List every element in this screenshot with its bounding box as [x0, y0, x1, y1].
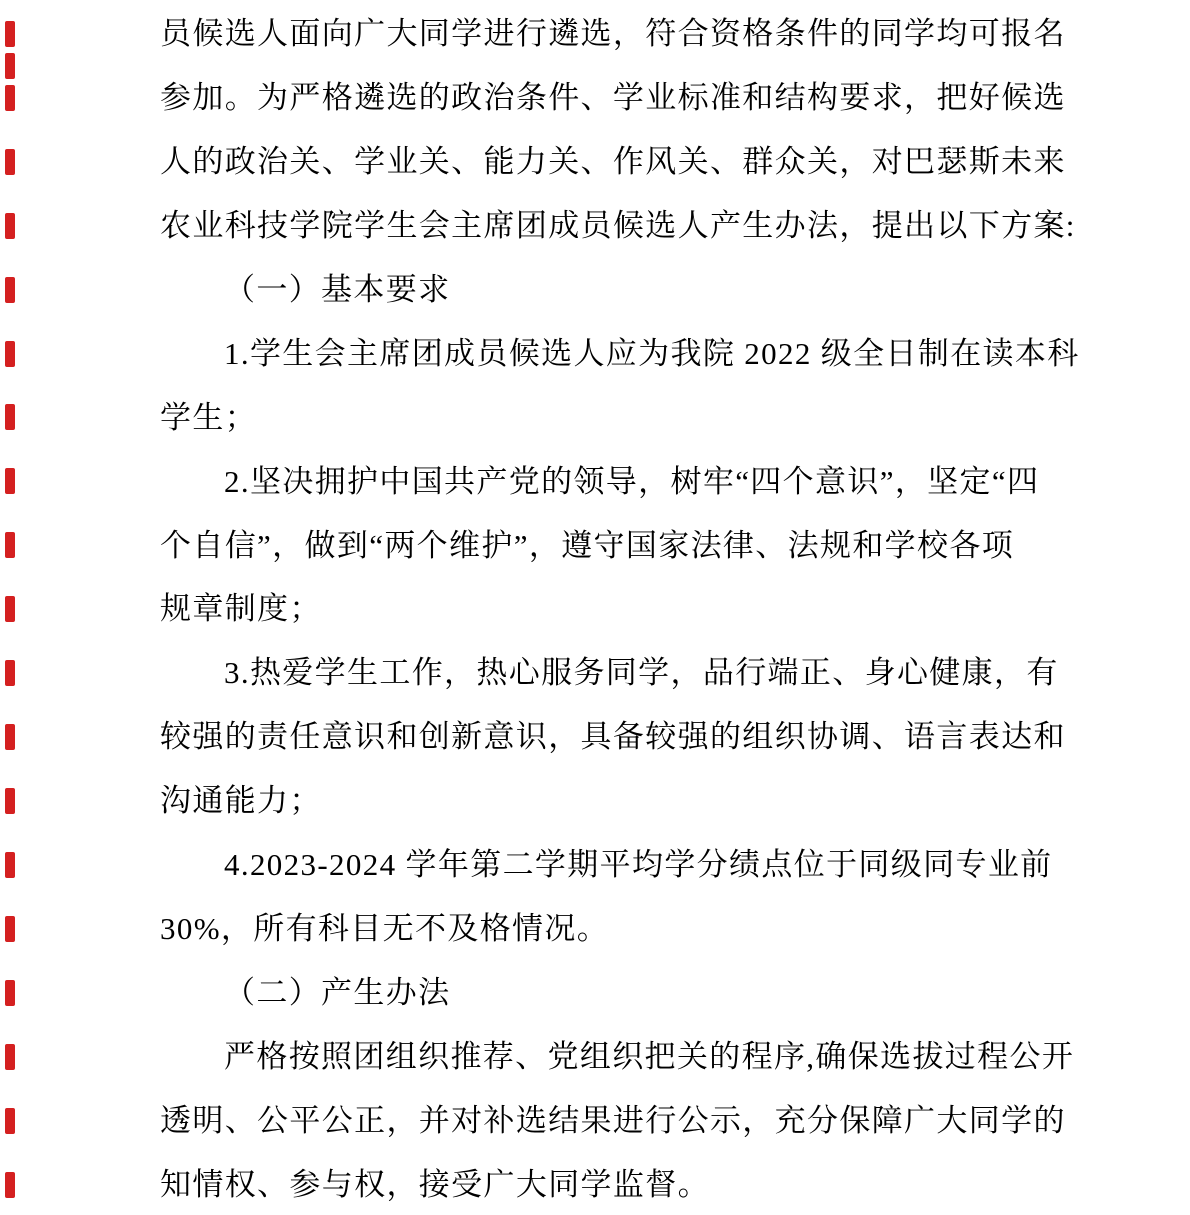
revision-mark: [5, 149, 15, 175]
text-line: 30%，所有科目无不及格情况。: [160, 897, 1090, 961]
text-line: 规章制度；: [160, 577, 1090, 641]
text-line: 学生；: [160, 386, 1090, 450]
revision-mark: [5, 596, 15, 622]
revision-mark: [5, 1172, 15, 1198]
revision-mark: [5, 852, 15, 878]
revision-mark: [5, 916, 15, 942]
revision-mark: [5, 277, 15, 303]
text-line: 农业科技学院学生会主席团成员候选人产生办法，提出以下方案:: [160, 194, 1090, 258]
text-line: 较强的责任意识和创新意识，具备较强的组织协调、语言表达和: [160, 705, 1090, 769]
revision-mark: [5, 660, 15, 686]
revision-mark: [5, 468, 15, 494]
revision-mark: [5, 724, 15, 750]
text-line: 沟通能力；: [160, 769, 1090, 833]
revision-mark: [5, 53, 15, 79]
text-line: 个自信”，做到“两个维护”，遵守国家法律、法规和学校各项: [160, 514, 1090, 578]
text-line: 知情权、参与权，接受广大同学监督。: [160, 1153, 1090, 1215]
revision-mark: [5, 341, 15, 367]
revision-mark: [5, 980, 15, 1006]
revision-mark: [5, 21, 15, 47]
text-line: 4.2023-2024 学年第二学期平均学分绩点位于同级同专业前: [160, 833, 1090, 897]
text-line: 1.学生会主席团成员候选人应为我院 2022 级全日制在读本科: [160, 322, 1090, 386]
text-line: 参加。为严格遴选的政治条件、学业标准和结构要求，把好候选: [160, 66, 1090, 130]
text-line: 人的政治关、学业关、能力关、作风关、群众关，对巴瑟斯未来: [160, 130, 1090, 194]
revision-mark: [5, 404, 15, 430]
revision-mark: [5, 788, 15, 814]
text-line: 3.热爱学生工作，热心服务同学，品行端正、身心健康，有: [160, 641, 1090, 705]
document-body: 员候选人面向广大同学进行遴选，符合资格条件的同学均可报名参加。为严格遴选的政治条…: [160, 2, 1090, 1215]
text-line: 严格按照团组织推荐、党组织把关的程序,确保选拔过程公开: [160, 1025, 1090, 1089]
text-line: （二）产生办法: [160, 961, 1090, 1025]
revision-mark: [5, 532, 15, 558]
revision-mark: [5, 1044, 15, 1070]
revision-mark: [5, 213, 15, 239]
document-page: 员候选人面向广大同学进行遴选，符合资格条件的同学均可报名参加。为严格遴选的政治条…: [0, 0, 1190, 1215]
revision-mark: [5, 1108, 15, 1134]
text-line: （一）基本要求: [160, 258, 1090, 322]
revision-mark: [5, 85, 15, 111]
text-line: 员候选人面向广大同学进行遴选，符合资格条件的同学均可报名: [160, 2, 1090, 66]
text-line: 透明、公平公正，并对补选结果进行公示，充分保障广大同学的: [160, 1089, 1090, 1153]
text-line: 2.坚决拥护中国共产党的领导，树牢“四个意识”，坚定“四: [160, 450, 1090, 514]
